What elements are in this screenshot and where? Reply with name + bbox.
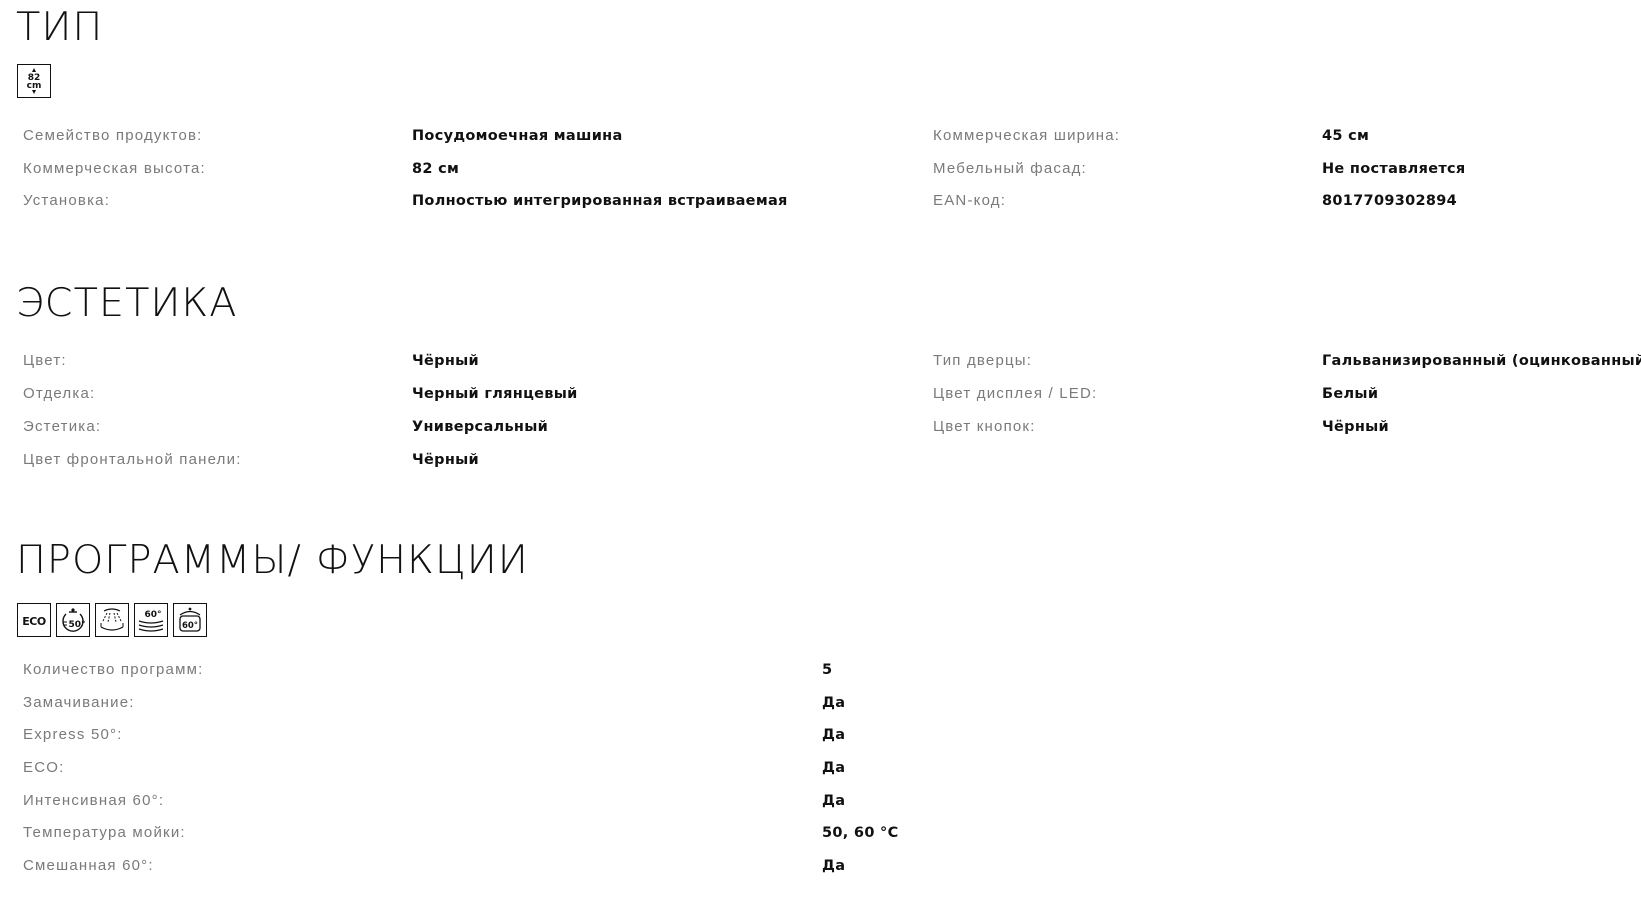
spec-value: Да [822,760,845,776]
svg-text:60°: 60° [144,610,161,620]
spec-label: Установка: [23,192,110,209]
intensive-60-program-icon: 60° [134,603,168,637]
spec-value: Чёрный [412,452,479,468]
spec-value: 50, 60 °C [822,825,899,841]
spec-label: Цвет: [23,352,67,369]
spec-row-value: Чёрный [412,351,479,371]
spec-row: Express 50°: [23,725,123,745]
spec-row: Тип дверцы: [933,351,1032,371]
section-title-type: ТИП [16,8,103,47]
spec-row-value: Гальванизированный (оцинкованный) [1322,351,1641,371]
soak-program-icon [95,603,129,637]
svg-text:ECO: ECO [22,615,46,628]
spec-row: Смешанная 60°: [23,856,154,876]
express-50-program-icon: 50° [56,603,90,637]
section-title-aesthetics: ЭСТЕТИКА [16,284,237,323]
spec-row: Температура мойки: [23,823,186,843]
spec-value: Гальванизированный (оцинкованный) [1322,353,1641,369]
section-title-programs: ПРОГРАММЫ/ ФУНКЦИИ [16,541,529,580]
spec-row: Мебельный фасад: [933,159,1087,179]
spec-row: Замачивание: [23,693,135,713]
spec-row: Эстетика: [23,417,101,437]
spec-row-value: Черный глянцевый [412,384,578,404]
spec-value: 45 см [1322,128,1369,144]
spec-label: Количество программ: [23,661,203,678]
spec-label: Цвет фронтальной панели: [23,451,242,468]
svg-text:60°: 60° [182,621,198,631]
spec-value: 82 см [412,161,459,177]
spec-row-value: Полностью интегрированная встраиваемая [412,191,788,211]
spec-row-value: 45 см [1322,126,1369,146]
eco-program-icon: ECO [17,603,51,637]
spec-row-value: Да [822,791,845,811]
spec-value: Да [822,695,845,711]
spec-value: Не поставляется [1322,161,1466,177]
spec-label: ECO: [23,759,64,776]
svg-text:cm: cm [27,81,42,91]
height-82cm-icon: 82 cm [17,64,51,98]
spec-value: Да [822,727,845,743]
spec-row-value: 5 [822,660,832,680]
spec-value: Чёрный [1322,419,1389,435]
spec-row: EAN-код: [933,191,1006,211]
spec-row: Цвет: [23,351,67,371]
spec-row-value: Да [822,856,845,876]
spec-row-value: Да [822,758,845,778]
spec-value: Да [822,793,845,809]
spec-row-value: Посудомоечная машина [412,126,623,146]
spec-row: Отделка: [23,384,95,404]
spec-value: 8017709302894 [1322,193,1457,209]
spec-row: Семейство продуктов: [23,126,203,146]
spec-value: Полностью интегрированная встраиваемая [412,193,788,209]
svg-text:50°: 50° [68,620,85,630]
spec-label: Отделка: [23,385,95,402]
spec-row: ECO: [23,758,64,778]
spec-label: Замачивание: [23,694,135,711]
mixed-60-program-icon: 60° [173,603,207,637]
spec-value: Чёрный [412,353,479,369]
spec-label: Температура мойки: [23,824,186,841]
spec-value: Черный глянцевый [412,386,578,402]
spec-row-value: 50, 60 °C [822,823,899,843]
spec-row: Коммерческая ширина: [933,126,1120,146]
spec-value: Да [822,858,845,874]
spec-label: Смешанная 60°: [23,857,154,874]
spec-label: Эстетика: [23,418,101,435]
spec-label: Тип дверцы: [933,352,1032,369]
spec-label: Интенсивная 60°: [23,792,164,809]
spec-label: Семейство продуктов: [23,127,203,144]
spec-row: Цвет фронтальной панели: [23,450,242,470]
spec-row-value: Чёрный [412,450,479,470]
spec-value: Универсальный [412,419,548,435]
spec-row-value: 82 см [412,159,459,179]
spec-row: Интенсивная 60°: [23,791,164,811]
spec-row: Установка: [23,191,110,211]
spec-row-value: Да [822,693,845,713]
spec-label: EAN-код: [933,192,1006,209]
spec-label: Цвет кнопок: [933,418,1036,435]
spec-value: Посудомоечная машина [412,128,623,144]
spec-row-value: Не поставляется [1322,159,1466,179]
spec-label: Коммерческая ширина: [933,127,1120,144]
spec-value: 5 [822,662,832,678]
spec-label: Мебельный фасад: [933,160,1087,177]
spec-row: Цвет дисплея / LED: [933,384,1097,404]
spec-row-value: Белый [1322,384,1378,404]
spec-label: Express 50°: [23,726,123,743]
spec-value: Белый [1322,386,1378,402]
spec-row-value: Чёрный [1322,417,1389,437]
spec-row-value: Да [822,725,845,745]
spec-row: Цвет кнопок: [933,417,1036,437]
spec-row: Количество программ: [23,660,203,680]
spec-row: Коммерческая высота: [23,159,206,179]
spec-row-value: 8017709302894 [1322,191,1457,211]
spec-row-value: Универсальный [412,417,548,437]
spec-label: Коммерческая высота: [23,160,206,177]
spec-label: Цвет дисплея / LED: [933,385,1097,402]
